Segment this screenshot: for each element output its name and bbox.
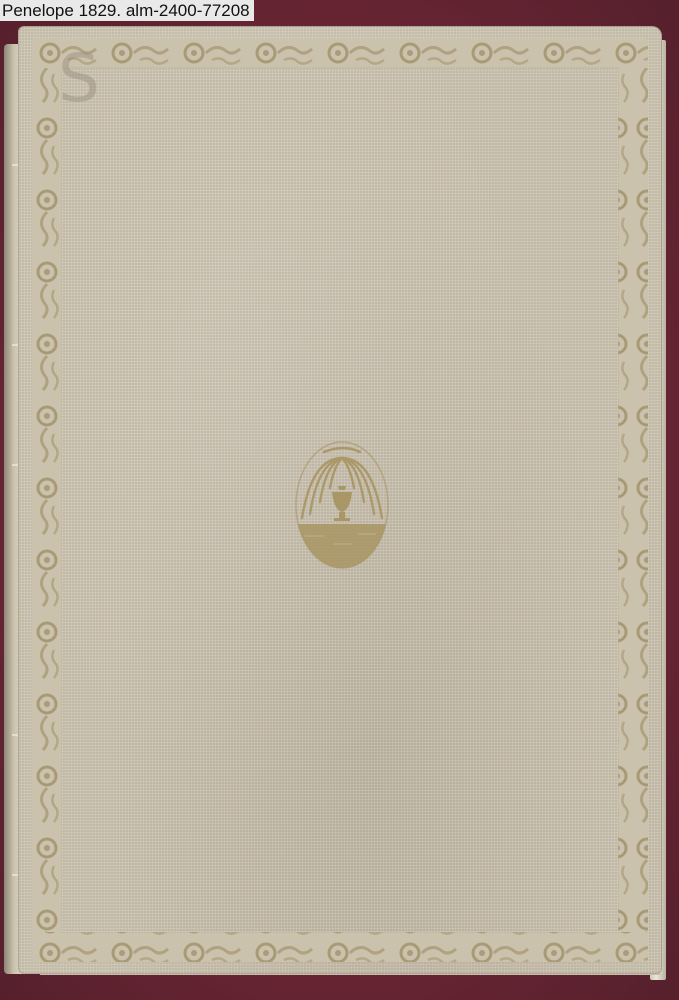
urn-willow-vignette-icon <box>294 440 390 570</box>
image-caption: Penelope 1829. alm-2400-77208 <box>0 0 254 21</box>
watermark-letter: S <box>58 46 100 112</box>
